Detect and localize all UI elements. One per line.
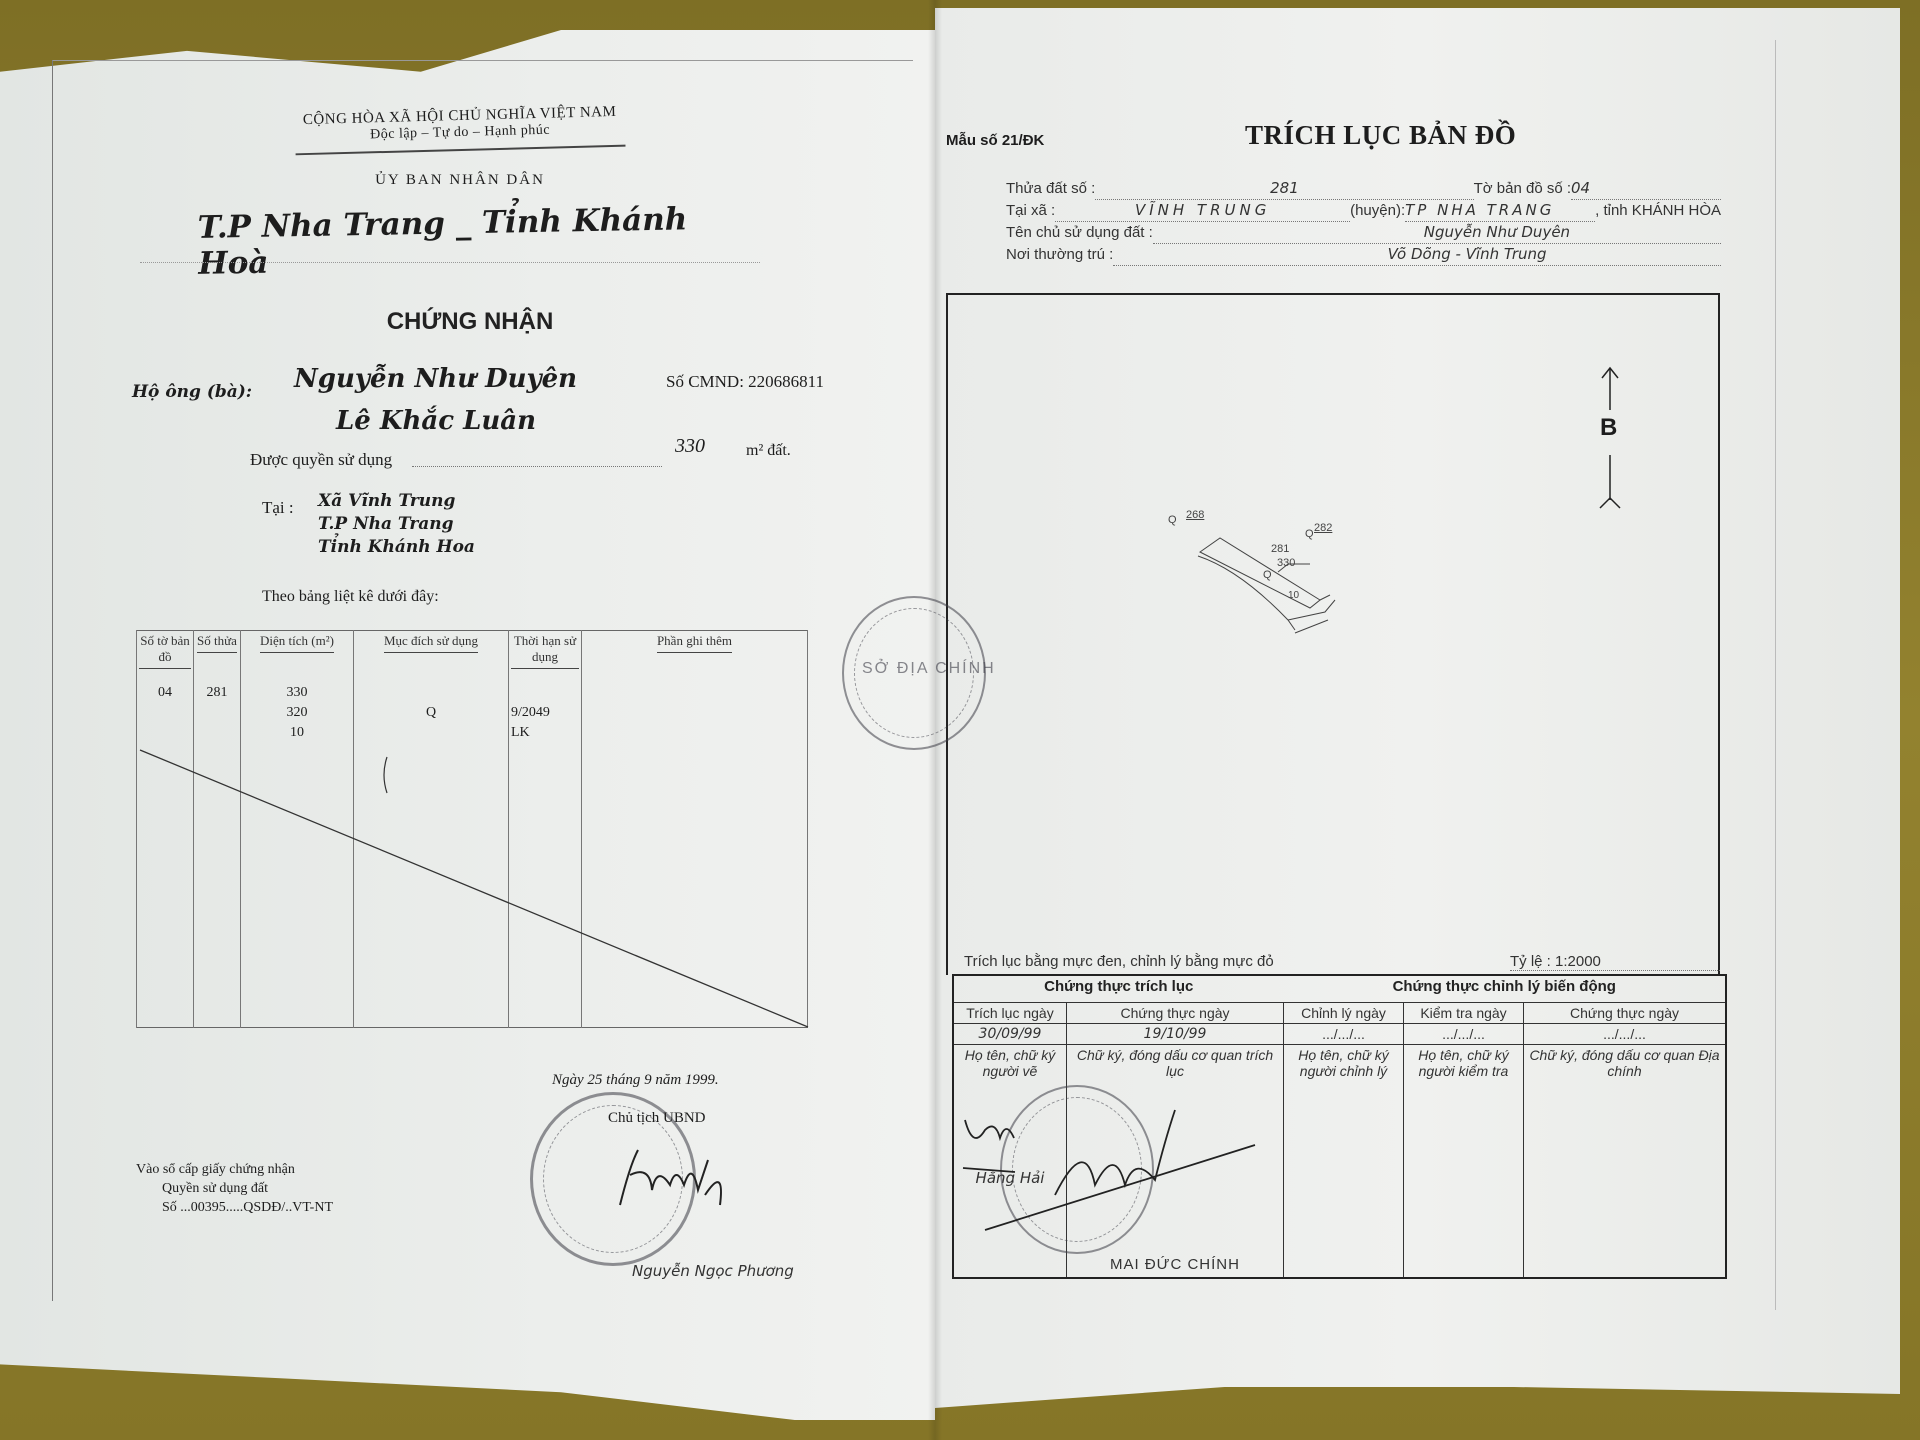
cell-term: LK xyxy=(509,723,582,743)
extract-signatures xyxy=(955,1100,1295,1260)
registry-line-2: Quyền sử dụng đất xyxy=(136,1179,333,1198)
chairman-signature xyxy=(590,1135,760,1235)
col-adjust-date: Chỉnh lý ngày xyxy=(1284,1003,1404,1024)
registry-number: Số ...00395.....QSDĐ/..VT-NT xyxy=(136,1198,333,1217)
form-number: Mẫu số 21/ĐK xyxy=(946,132,1044,149)
table-row: 04 281 330 xyxy=(137,683,808,703)
cell-area: 330 xyxy=(241,683,354,703)
residence-value: Võ Dõng - Vĩnh Trung xyxy=(1113,244,1721,266)
cell-notes xyxy=(582,683,808,703)
locality-dotline xyxy=(140,262,760,263)
parcel-value: 281 xyxy=(1095,178,1473,200)
adjust-date-value: .../.../... xyxy=(1284,1024,1404,1045)
certify-date-value: 19/10/99 xyxy=(1067,1024,1284,1045)
col-certify-change-date: Chứng thực ngày xyxy=(1524,1003,1727,1024)
owner-label: Tên chủ sử dụng đất : xyxy=(1006,222,1153,244)
commune-value: VĨNH TRUNG xyxy=(1055,200,1350,222)
col-area: Diện tích (m²) xyxy=(241,631,354,684)
commune-row: Tại xã : VĨNH TRUNG (huyện): TP NHA TRAN… xyxy=(1006,200,1721,222)
parcel-info-block: Thửa đất số : 281 Tờ bản đồ số : 04 Tại … xyxy=(1006,178,1721,266)
area-unit: m² đất. xyxy=(746,442,791,460)
cell-map-sheet xyxy=(137,723,194,743)
sheet-label: Tờ bản đồ số : xyxy=(1474,178,1571,200)
table-row: 10 LK xyxy=(137,723,808,743)
group-extract-certification: Chứng thực trích lục xyxy=(953,975,1284,1003)
cell-area: 320 xyxy=(241,703,354,723)
registry-entry: Vào sổ cấp giấy chứng nhận Quyền sử dụng… xyxy=(136,1160,333,1217)
usage-label: Được quyền sử dụng xyxy=(250,450,392,470)
district-label: (huyện): xyxy=(1350,200,1405,222)
holder-name-2: Lê Khắc Luân xyxy=(336,406,536,436)
cell-purpose xyxy=(354,683,509,703)
neighbor-parcel-282: 282 xyxy=(1314,522,1332,534)
residence-label: Nơi thường trú : xyxy=(1006,244,1113,266)
registry-line-1: Vào sổ cấp giấy chứng nhận xyxy=(136,1160,333,1179)
committee-label: ỦY BAN NHÂN DÂN xyxy=(300,172,620,189)
map-extract-title: TRÍCH LỤC BẢN ĐỒ xyxy=(1245,120,1516,151)
location-province: Tỉnh Khánh Hoa xyxy=(318,536,475,559)
cell-notes xyxy=(582,703,808,723)
parcel-sketch xyxy=(1160,500,1360,640)
map-parcel-number: 281 xyxy=(1271,543,1289,555)
land-agency-role: Chữ ký, đóng dấu cơ quan Địa chính xyxy=(1524,1045,1727,1279)
extract-agency-role: Chữ ký, đóng dấu cơ quan trích lục xyxy=(1069,1047,1281,1079)
table-row: 320 Q 9/2049 xyxy=(137,703,808,723)
right-page-border xyxy=(1775,40,1786,1310)
extract-date-value: 30/09/99 xyxy=(953,1024,1067,1045)
legend-note: Trích lục bằng mực đen, chỉnh lý bằng mự… xyxy=(964,953,1274,970)
col-check-date: Kiểm tra ngày xyxy=(1404,1003,1524,1024)
holder-label: Hộ ông (bà): xyxy=(132,382,252,402)
cell-purpose xyxy=(354,723,509,743)
cell-map-sheet xyxy=(137,703,194,723)
col-parcel: Số thửa xyxy=(194,631,241,684)
sheet-value: 04 xyxy=(1571,178,1721,200)
parcel-row: Thửa đất số : 281 Tờ bản đồ số : 04 xyxy=(1006,178,1721,200)
cell-purpose: Q xyxy=(354,703,509,723)
commune-label: Tại xã : xyxy=(1006,200,1055,222)
cell-map-sheet: 04 xyxy=(137,683,194,703)
map-use-code: Q xyxy=(1263,569,1272,581)
locality-title: T.P Nha Trang _ Tỉnh Khánh Hoà xyxy=(197,200,758,282)
owner-value: Nguyễn Như Duyên xyxy=(1153,222,1721,244)
cell-parcel: 281 xyxy=(194,683,241,703)
north-label: B xyxy=(1600,414,1617,442)
adjuster-role: Họ tên, chữ ký người chỉnh lý xyxy=(1284,1045,1404,1279)
neighbor-code-2: Q xyxy=(1305,528,1314,540)
cell-parcel xyxy=(194,703,241,723)
cell-parcel xyxy=(194,723,241,743)
parcel-label: Thửa đất số : xyxy=(1006,178,1095,200)
col-purpose: Mục đích sử dụng xyxy=(354,631,509,684)
col-notes: Phần ghi thêm xyxy=(582,631,808,684)
usage-dotline xyxy=(412,466,662,467)
strike-through-line xyxy=(136,745,816,1030)
group-change-certification: Chứng thực chỉnh lý biến động xyxy=(1284,975,1727,1003)
list-intro: Theo bảng liệt kê dưới đây: xyxy=(262,588,439,606)
map-parcel-area: 330 xyxy=(1277,557,1295,569)
col-certify-date: Chứng thực ngày xyxy=(1067,1003,1284,1024)
cell-term xyxy=(509,683,582,703)
certificate-title: CHỨNG NHẬN xyxy=(340,308,600,336)
location-city: T.P Nha Trang xyxy=(318,513,475,536)
location-label: Tại : xyxy=(262,498,294,518)
owner-row: Tên chủ sử dụng đất : Nguyễn Như Duyên xyxy=(1006,222,1721,244)
cell-area: 10 xyxy=(241,723,354,743)
location-commune: Xã Vĩnh Trung xyxy=(318,490,475,513)
map-frontage: 10 xyxy=(1288,590,1299,601)
residence-row: Nơi thường trú : Võ Dõng - Vĩnh Trung xyxy=(1006,244,1721,266)
scale-label: Tỷ lệ : 1:2000 xyxy=(1510,953,1720,971)
certify-change-date-value: .../.../... xyxy=(1524,1024,1727,1045)
col-term: Thời hạn sử dụng xyxy=(509,631,582,684)
signer-title: Chủ tịch UBND xyxy=(608,1110,706,1127)
district-value: TP NHA TRANG xyxy=(1405,200,1595,222)
holder-name-1: Nguyễn Như Duyên xyxy=(294,364,577,394)
issue-date: Ngày 25 tháng 9 năm 1999. xyxy=(552,1072,719,1089)
neighbor-code-1: Q xyxy=(1168,514,1177,526)
check-date-value: .../.../... xyxy=(1404,1024,1524,1045)
id-number: Số CMND: 220686811 xyxy=(666,372,824,392)
checker-role: Họ tên, chữ ký người kiểm tra xyxy=(1404,1045,1524,1279)
cell-term: 9/2049 xyxy=(509,703,582,723)
col-map-sheet: Số tờ bản đồ xyxy=(137,631,194,684)
neighbor-parcel-268: 268 xyxy=(1186,509,1204,521)
province-label: , tỉnh KHÁNH HÒA xyxy=(1595,200,1721,222)
cell-notes xyxy=(582,723,808,743)
col-extract-date: Trích lục ngày xyxy=(953,1003,1067,1024)
land-office-stamp-text: SỞ ĐỊA CHÍNH xyxy=(862,660,996,678)
signer-name: Nguyễn Ngọc Phương xyxy=(632,1262,794,1280)
area-value: 330 xyxy=(675,435,705,458)
drawer-role: Họ tên, chữ ký người vẽ xyxy=(956,1047,1064,1079)
location-lines: Xã Vĩnh Trung T.P Nha Trang Tỉnh Khánh H… xyxy=(318,490,475,559)
